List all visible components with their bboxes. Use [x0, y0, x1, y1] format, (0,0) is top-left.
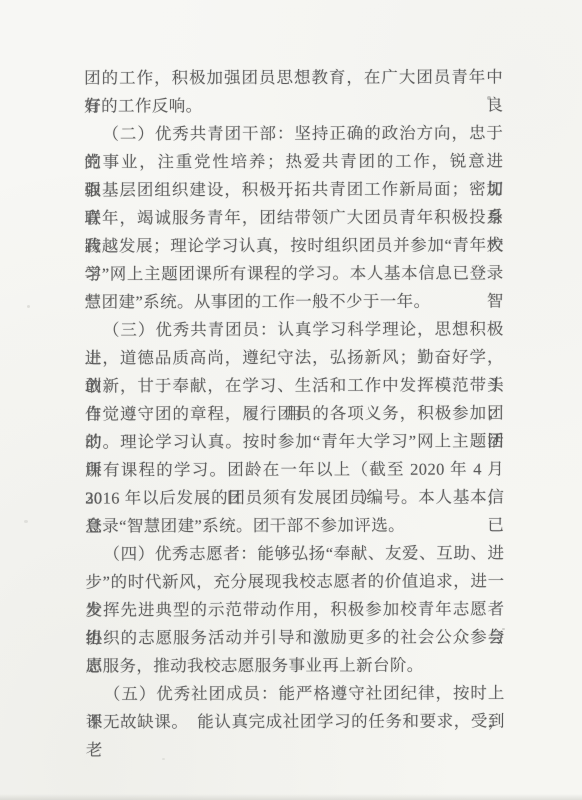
text-line: 进，道德品质高尚，遵纪守法，弘扬新风；勤奋好学，敢于 — [85, 343, 504, 372]
scan-speckle — [24, 520, 28, 523]
text-line: 团的工作，积极加强团员思想教育，在广大团员青年中有良 — [84, 63, 503, 92]
text-line: 步”的时代新风，充分展现我校志愿者的价值追求，进一步 — [85, 567, 504, 596]
text-line: （四）优秀志愿者：能够弘扬“奉献、友爱、互助、进 — [85, 539, 504, 568]
scan-speckle — [27, 305, 30, 308]
text-line: 动。理论学习认真。按时参加“青年大学习”网上主题团课 — [85, 427, 504, 456]
text-line: 青年，竭诚服务青年，团结带领广大团员青年积极投身我校 — [84, 203, 503, 232]
text-line: 创新，甘于奉献，在学习、生活和工作中发挥模范带头作用； — [85, 371, 504, 400]
text-line: 自觉遵守团的章程，履行团员的各项义务，积极参加团的活 — [85, 399, 504, 428]
text-line: 愿服务，推动我校志愿服务事业再上新台阶。 — [86, 651, 505, 680]
text-line: 发挥先进典型的示范带动作用，积极参加校青年志愿者协会 — [86, 595, 505, 624]
text-line: （二）优秀共青团干部：坚持正确的政治方向，忠于党 — [84, 119, 503, 148]
scan-speckle — [162, 758, 165, 760]
document-text: 团的工作，积极加强团员思想教育，在广大团员青年中有良 好的工作反响。 （二）优秀… — [84, 63, 505, 736]
text-line: 的事业，注重党性培养；热爱共青团的工作，锐意进取，加 — [84, 147, 503, 176]
text-line: 强基层团组织建设，积极开拓共青团工作新局面；密切联系 — [84, 175, 503, 204]
document-page: 团的工作，积极加强团员思想教育，在广大团员青年中有良 好的工作反响。 （二）优秀… — [0, 0, 582, 800]
text-line: 所有课程的学习。团龄在一年以上（截至 2020 年 4 月 30 日）， — [85, 455, 504, 484]
text-line: 习”网上主题团课所有课程的学习。本人基本信息已登录“智 — [85, 259, 504, 288]
text-line: （三）优秀共青团员：认真学习科学理论，思想积极上 — [85, 315, 504, 344]
text-line: 跨越发展；理论学习认真，按时组织团员并参加“青年大学 — [85, 231, 504, 260]
text-line: 不无故缺课。 能认真完成社团学习的任务和要求，受到老 — [86, 707, 505, 736]
text-line: 组织的志愿服务活动并引导和激励更多的社会公众参与志 — [86, 623, 505, 652]
text-line: （五）优秀社团成员：能严格遵守社团纪律，按时上课， — [86, 679, 505, 708]
text-line: 2016 年以后发展的团员须有发展团员编号。本人基本信息已 — [85, 483, 504, 512]
